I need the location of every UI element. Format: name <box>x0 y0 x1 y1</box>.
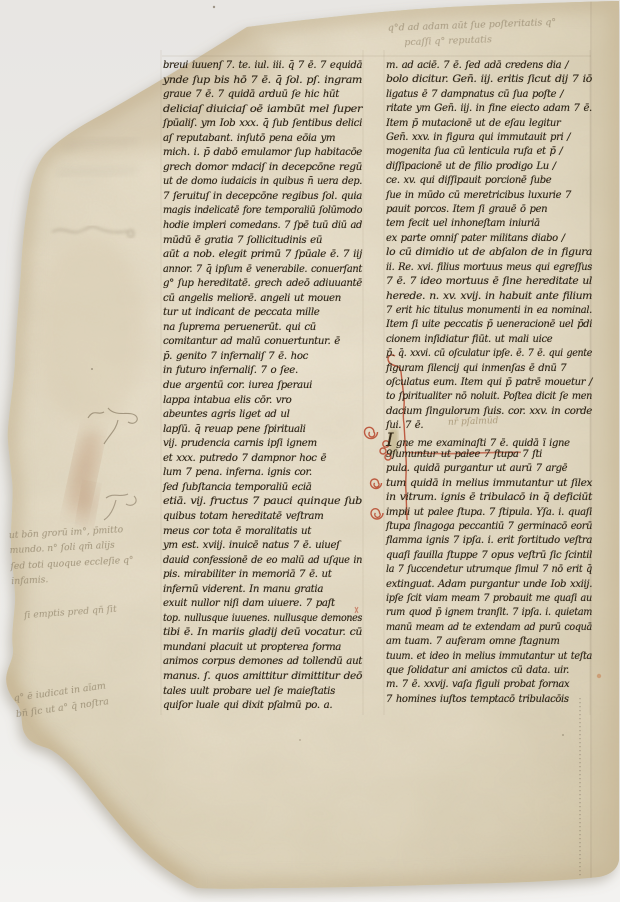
manuscript-line: ſtupa ſinagoga peccantiū 7 germinacō e… <box>386 520 593 534</box>
left-margin-annotation-block: ut bōn grorū im°, p̄mitto mundo. n° ſol… <box>8 520 171 590</box>
manuscript-line: ex parte omniſ pater militans diabo / <box>386 232 593 246</box>
manuscript-line: breui iuuenſ 7. te. iul. iii. q̄ 7 ē. 7… <box>163 59 363 74</box>
manuscript-line: la 7 ſuccendetur utrumque ſimul 7 nō er… <box>386 563 593 577</box>
orange-speck <box>597 674 601 678</box>
manuscript-line: pauit porcos. Item ſi grauē ō pen <box>386 203 593 217</box>
manuscript-line: ym est. xviij. inuicē natus 7 ē. uiueſ <box>163 539 363 554</box>
manuscript-line: ligatus ē 7 dampnatus cū ſua poſte / <box>386 88 593 102</box>
manuscript-line: que ſolidatur ani amictos cū data. uir. <box>386 664 593 678</box>
manuscript-line: lappa intabua elis cōr. vro <box>163 394 363 409</box>
manuscript-line: in vitrum. ignis ē tribulacō in q̄ def… <box>386 491 593 505</box>
manuscript-line: Igne me examinaſti 7 ē. quidā ī igne <box>386 434 593 448</box>
manuscript-line: ritate ym Gen̄. iij. in fine eiecto adam… <box>386 102 593 116</box>
manuscript-line: flamma ignis 7 ipſa. i. erit fortitudo v… <box>386 534 593 548</box>
manuscript-line: mich. i. p̄ dabō emulamor ſup habitacō… <box>163 146 363 161</box>
manuscript-line: tum quidā in melius immutantur ut ſilex <box>386 477 593 491</box>
manuscript-line: herede. n. xv. xvij. in habuit ante fili… <box>386 290 593 304</box>
manuscript-line: ſed ſubſtancia temporaliū eciā <box>163 481 363 496</box>
manuscript-line: abeuntes agris liget ad ul <box>163 408 363 423</box>
text-column-right: m. ad aciē. 7 ē. ſed adā credens dia … <box>386 59 593 707</box>
manuscript-line: top. nullusque iuuenes. nullusque demone… <box>163 612 363 627</box>
manuscript-line: 9ſumuntur ut palee 7 ſtupa 7 ſti <box>386 448 593 462</box>
manuscript-line: hodie impleri comedans. 7 ſpē tuū diū… <box>163 219 363 234</box>
manuscript-line: et xxx. putredo 7 dampnor hoc ē <box>163 452 363 467</box>
manuscript-line: tem fecit uel inhoneſtam iniuriā <box>386 217 593 231</box>
manuscript-line: am tuam. 7 auferam omne ſtagnum <box>386 635 593 649</box>
manuscript-line: quiſor luale qui dixit pſalmū po. a. <box>163 699 363 714</box>
manuscript-line: vij. prudencia carnis ipſi ignem <box>163 437 363 452</box>
manuscript-line: deliciaſ diuiciaſ oē iambūt mel ſuper <box>163 103 363 118</box>
manuscript-line: mogenita ſua cū lenticula rufa et p̄ / <box>386 145 593 159</box>
manuscript-photo: breui iuuenſ 7. te. iul. iii. q̄ 7 ē. 7… <box>0 0 620 902</box>
manuscript-line: lum 7 pena. inferna. ignis cor. <box>163 466 363 481</box>
manuscript-line: bolo dicitur. Gen̄. iij. eritis ſicut di… <box>386 73 593 87</box>
manuscript-line: 7 ē. 7 ideo mortuus ē ſine hereditate … <box>386 275 593 289</box>
manuscript-line: pis. mirabiliter in memoriā 7 ē. ut <box>163 568 363 583</box>
manuscript-line: pula. quidā purgantur ut aurū 7 argē <box>386 462 593 476</box>
manuscript-line: 7 homines iuſtos temptacō tribulacōis <box>386 693 593 707</box>
manuscript-line: na ſuprema peruenerūt. qui cū <box>163 321 363 336</box>
manuscript-line: infernū viderent. In manu gratia <box>163 583 363 598</box>
manuscript-line: graue 7 ē. 7 quidā arduū ſe hic hūt <box>163 88 363 103</box>
manuscript-line: oſculatus eum. Item qui p̄ patrē mouetu… <box>386 376 593 390</box>
manuscript-line: impii ut palee ſtupa. 7 ſtipula. Yſa. i.… <box>386 506 593 520</box>
manuscript-line: magis indelicatē fore temporaliū ſolū… <box>163 204 363 219</box>
manuscript-line: ynde ſup bis hō 7 ē. q̄ ſol. pſ. ingra… <box>163 74 363 89</box>
manuscript-line: ut de domo iudaicis in quibus n̄ uera de… <box>163 175 363 190</box>
faded-inline-annotation: nr̄ pſalmūd <box>448 416 499 428</box>
manuscript-line: tur ut indicant de peccata mille <box>163 306 363 321</box>
manuscript-line: dauid confessionē de eo malū ad uſque … <box>163 554 363 569</box>
manuscript-line: aūt a nob. elegit primū 7 ſpūale ē. … <box>163 248 363 263</box>
manuscript-line: Item p̄ mutacionē ut de eſau legitur <box>386 117 593 131</box>
manuscript-line: m. 7 ē. xxvij. vaſa figuli probat forna… <box>386 678 593 692</box>
manuscript-line: quaſi fauilla ſtuppe 7 opus veſtrū ſic … <box>386 549 593 563</box>
manuscript-line: diſſipacionē ut de filio prodigo Lu / <box>386 160 593 174</box>
manuscript-line: tuum. et ideo in melius immutantur ut te… <box>386 650 593 664</box>
manuscript-line: 7 erit hic titulus monumenti in ea nomin… <box>386 304 593 318</box>
manuscript-line: cū angelis meliorē. angeli ut mouen <box>163 292 363 307</box>
text-column-left: breui iuuenſ 7. te. iul. iii. q̄ 7 ē. 7… <box>163 59 363 714</box>
manuscript-line: due argentū cor. iurea ſperaui <box>163 379 363 394</box>
manuscript-line: grech domor mdaciſ in decepcōne regū <box>163 161 363 176</box>
manuscript-line: m. ad aciē. 7 ē. ſed adā credens dia … <box>386 59 593 73</box>
manuscript-line: mundani placuit ut propterea forma <box>163 641 363 656</box>
manuscript-line: extinguat. Adam purgantur unde Iob xxiij… <box>386 578 593 592</box>
manuscript-line: figuram ſilencij qui inmenſas ē dnū 7 <box>386 362 593 376</box>
manuscript-line: p̄. genito 7 infernaliſ 7 ē. hoc <box>163 350 363 365</box>
manuscript-line: mūdū ē gratia 7 ſollicitudinis eū <box>163 234 363 249</box>
manuscript-line: ſpūaliſ. ym Iob xxx. q̄ ſub ſentibus de… <box>163 117 363 132</box>
manuscript-line: ipſe ſcit viam meam 7 probauit me quaſi … <box>386 592 593 606</box>
manuscript-line: Item ſi uite peccatis p̄ ueneracionē ue… <box>386 318 593 332</box>
manuscript-line: Gen̄. xxv. in figura qui immutauit pri / <box>386 131 593 145</box>
manuscript-line: ſue in mūdo cū meretricibus luxurie 7 <box>386 189 593 203</box>
manuscript-line: rum quod p̄ ignem tranſit. 7 ipſa. i. qu… <box>386 606 593 620</box>
manuscript-line: etiā. vij. fructus 7 pauci quinque ſub <box>163 495 363 510</box>
manuscript-line: lapſū. q̄ reuap pene ſpirituali <box>163 423 363 438</box>
manuscript-line: lo cū dimidio ut de abſalon de in figur… <box>386 246 593 260</box>
manuscript-line: ii. Re. xvi. filius mortuus meus qui egr… <box>386 261 593 275</box>
manuscript-line: 7 ſeruituſ in decepcōne regibus ſol. qu… <box>163 190 363 205</box>
manuscript-line: g° ſup hereditatē. grech adeō adiuuant… <box>163 277 363 292</box>
manuscript-line: tibi ē. In mariis gladij deū vocatur. … <box>163 626 363 641</box>
manuscript-line: quibus totam hereditatē veſtram <box>163 510 363 525</box>
manuscript-line: aſ reputabant. inſutō pena eōia ym <box>163 132 363 147</box>
manuscript-line: to ſpiritualiter nō noluit. Poſtea dici… <box>386 390 593 404</box>
manuscript-line: exuit nullor niſi dam uiuere. 7 paſt <box>163 597 363 612</box>
manuscript-line: ce. xv. qui diſſipauit porcionē ſube <box>386 174 593 188</box>
manuscript-line: in futuro infernaliſ. 7 o ſee. <box>163 364 363 379</box>
manuscript-line: p̄. q̄. xxvi. cū oſculatur ipſe. ē. 7 … <box>386 347 593 361</box>
manuscript-line: meus cor tota ē moralitatis ut <box>163 525 363 540</box>
manuscript-line: comitantur ad malū conuertuntur. ē <box>163 335 363 350</box>
manuscript-line: annor. 7 q̄ ipſum ē venerabile. conuerſ… <box>163 263 363 278</box>
manuscript-line: manū meam ad te extendam ad purū coqua… <box>386 621 593 635</box>
manuscript-line: cionem inſidiatur fiūt. ut mali uice <box>386 333 593 347</box>
